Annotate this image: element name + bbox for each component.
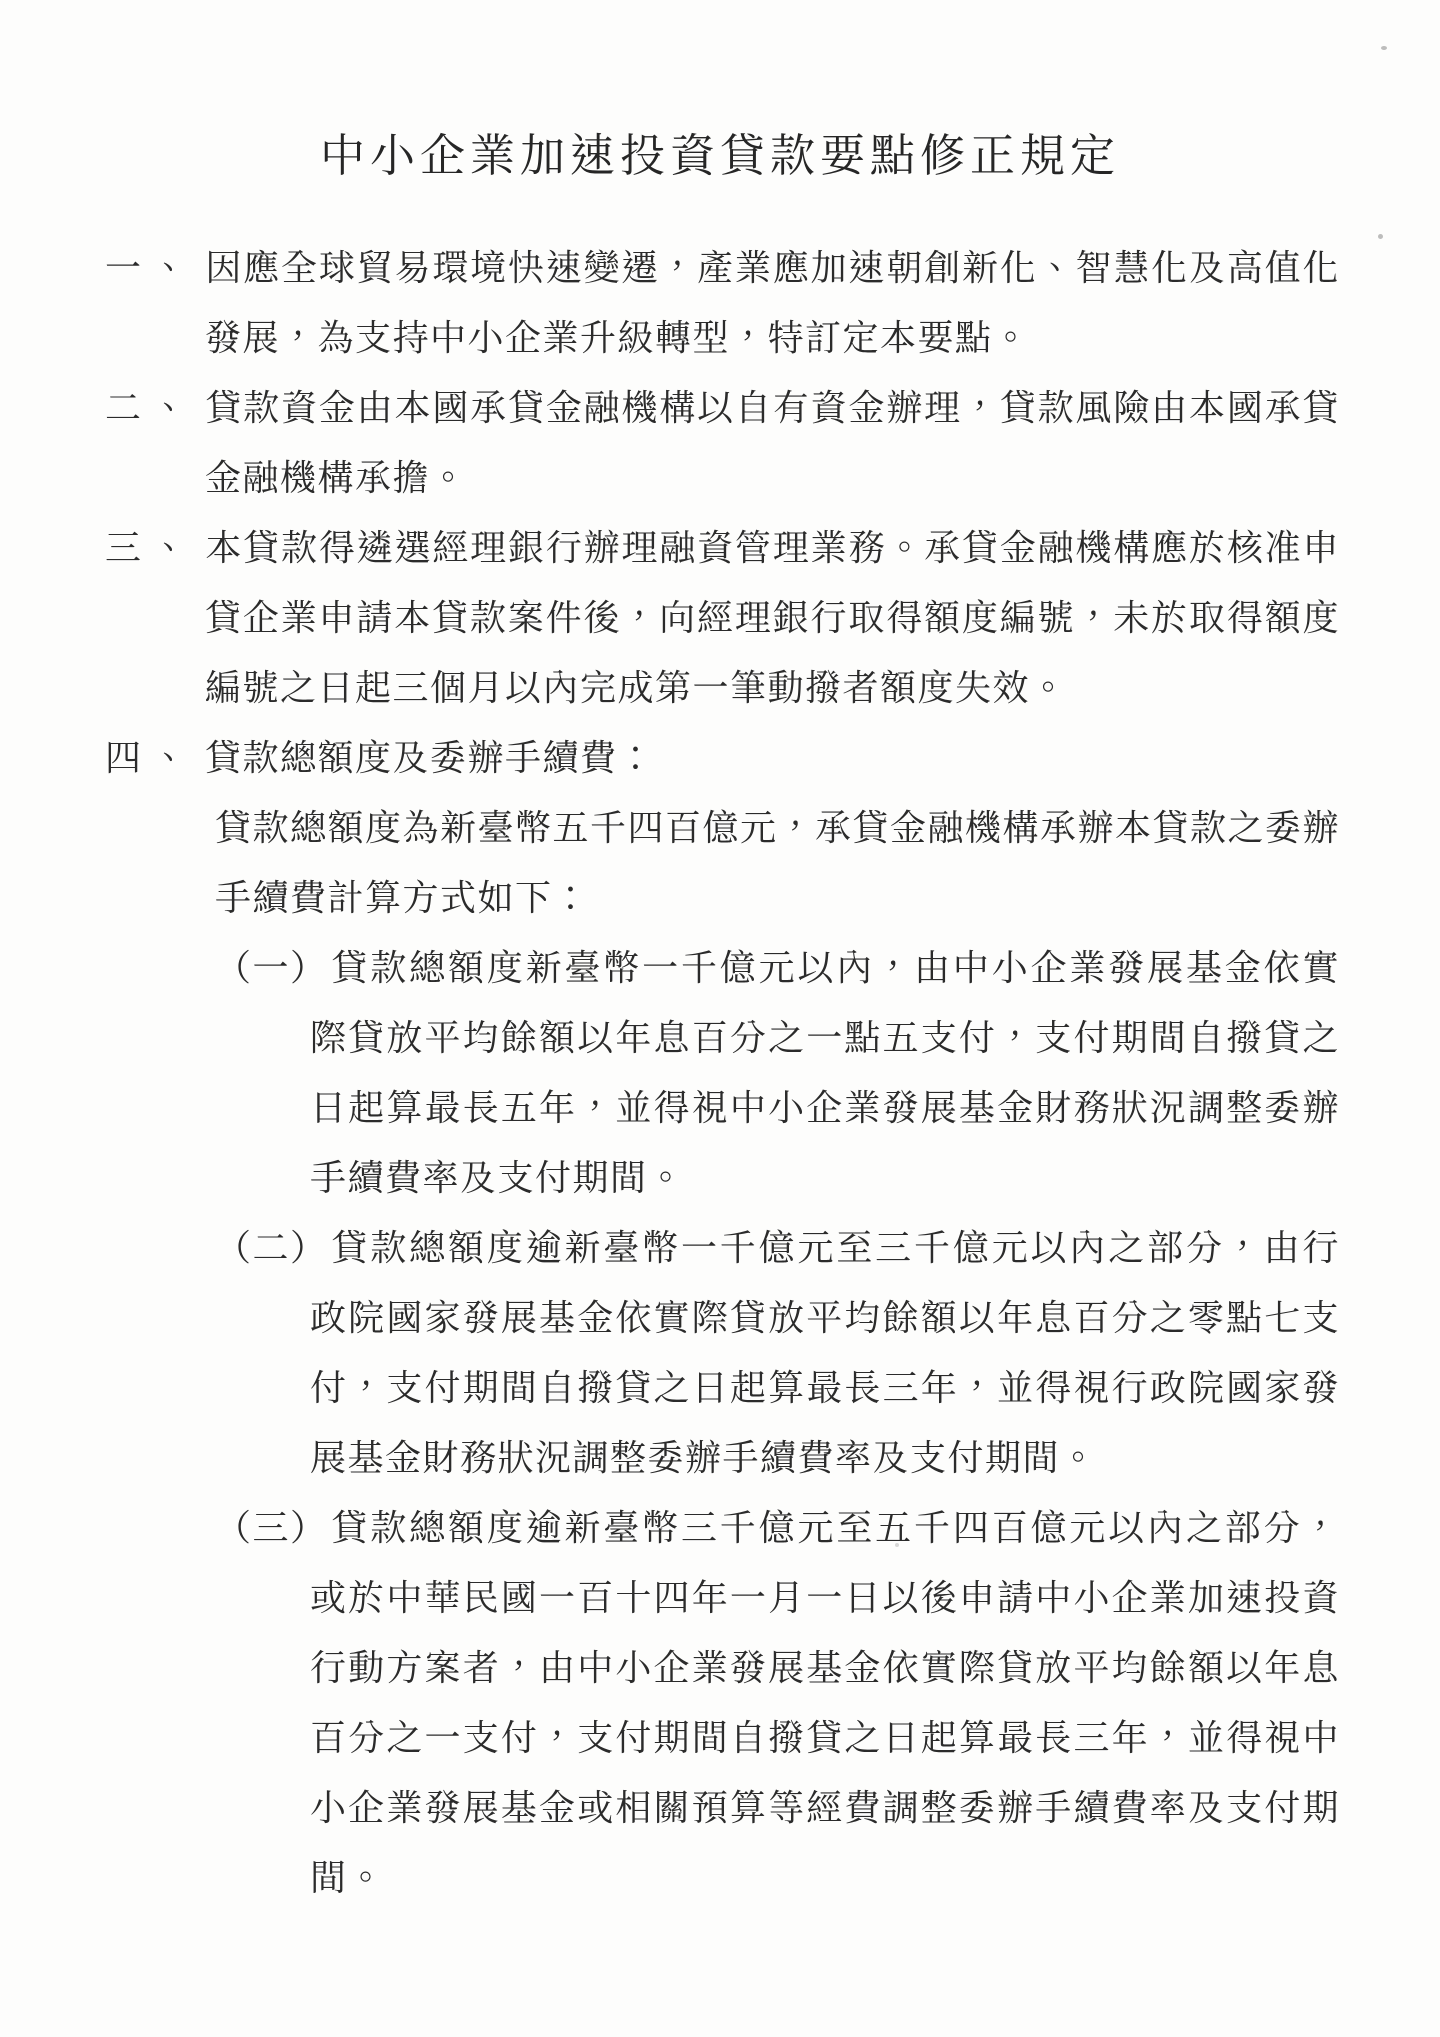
- regulation-item-4: 四、貸款總額度及委辦手續費：: [105, 724, 1340, 794]
- item-3-text: 本貸款得遴選經理銀行辦理融資管理業務。承貸金融機構應於核准申貸企業申請本貸款案件…: [205, 528, 1340, 709]
- scanned-document-page: 中小企業加速投資貸款要點修正規定 一、因應全球貿易環境快速變遷，產業應加速朝創新…: [0, 0, 1440, 2037]
- item-1-marker: 一、: [105, 234, 205, 304]
- subitem-1-text: 貸款總額度新臺幣一千億元以內，由中小企業發展基金依實際貸放平均餘額以年息百分之一…: [310, 948, 1340, 1199]
- item-4-marker: 四、: [105, 724, 205, 794]
- document-title: 中小企業加速投資貸款要點修正規定: [0, 0, 1440, 186]
- scan-artifact-speck: [1378, 234, 1383, 239]
- subitem-2-text: 貸款總額度逾新臺幣一千億元至三千億元以內之部分，由行政院國家發展基金依實際貸放平…: [310, 1228, 1340, 1479]
- scan-artifact-speck: [1381, 46, 1387, 50]
- item-1-text: 因應全球貿易環境快速變遷，產業應加速朝創新化、智慧化及高值化發展，為支持中小企業…: [205, 248, 1340, 359]
- item-2-text: 貸款資金由本國承貸金融機構以自有資金辦理，貸款風險由本國承貸金融機構承擔。: [205, 388, 1340, 499]
- item-4-text: 貸款總額度及委辦手續費：: [205, 738, 655, 779]
- subitem-2: （二）貸款總額度逾新臺幣一千億元至三千億元以內之部分，由行政院國家發展基金依實際…: [215, 1214, 1340, 1494]
- regulation-item-2: 二、貸款資金由本國承貸金融機構以自有資金辦理，貸款風險由本國承貸金融機構承擔。: [105, 374, 1340, 514]
- subitem-1: （一）貸款總額度新臺幣一千億元以內，由中小企業發展基金依實際貸放平均餘額以年息百…: [215, 934, 1340, 1214]
- regulation-item-1: 一、因應全球貿易環境快速變遷，產業應加速朝創新化、智慧化及高值化發展，為支持中小…: [105, 234, 1340, 374]
- subitem-1-marker: （一）: [215, 934, 330, 1004]
- subitem-3-marker: （三）: [215, 1494, 330, 1564]
- subitem-2-marker: （二）: [215, 1214, 330, 1284]
- item-4-intro: 貸款總額度為新臺幣五千四百億元，承貸金融機構承辦本貸款之委辦手續費計算方式如下：: [215, 794, 1340, 934]
- subitem-3-text: 貸款總額度逾新臺幣三千億元至五千四百億元以內之部分，或於中華民國一百十四年一月一…: [310, 1508, 1340, 1899]
- subitem-3: （三）貸款總額度逾新臺幣三千億元至五千四百億元以內之部分，或於中華民國一百十四年…: [215, 1494, 1340, 1914]
- scan-artifact-speck: [895, 1543, 899, 1547]
- item-3-marker: 三、: [105, 514, 205, 584]
- item-2-marker: 二、: [105, 374, 205, 444]
- document-body: 一、因應全球貿易環境快速變遷，產業應加速朝創新化、智慧化及高值化發展，為支持中小…: [0, 186, 1440, 1914]
- regulation-item-3: 三、本貸款得遴選經理銀行辦理融資管理業務。承貸金融機構應於核准申貸企業申請本貸款…: [105, 514, 1340, 724]
